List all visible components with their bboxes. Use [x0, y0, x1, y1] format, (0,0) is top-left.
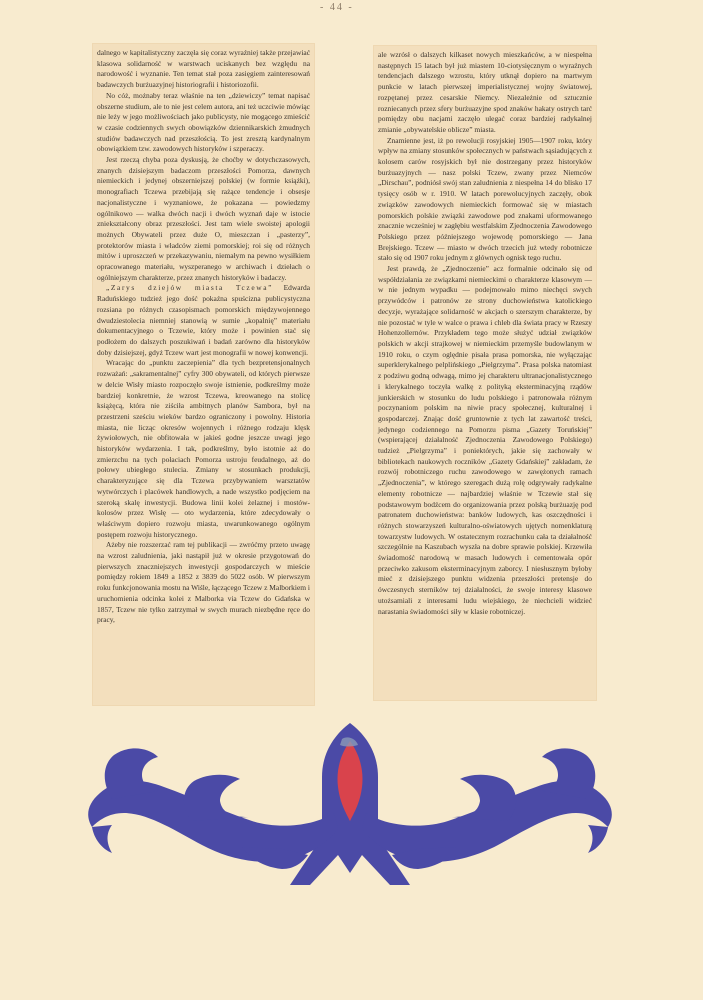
paragraph: „Zarys dziejów miasta Tczewa” Edwarda Ra… [97, 283, 310, 358]
article-column-left: dalnego w kapitalistyczny zaczęła się co… [97, 48, 310, 701]
paragraph: dalnego w kapitalistyczny zaczęła się co… [97, 48, 310, 91]
paragraph: No cóż, możnaby teraz właśnie na ten „dz… [97, 91, 310, 155]
paragraph: Jest rzeczą chyba poza dyskusją, że choć… [97, 155, 310, 283]
paragraph: Wracając do „punktu zaczepienia” dla tyc… [97, 358, 310, 540]
newspaper-clipping-right: ale wzrósł o dalszych kilkaset nowych mi… [374, 46, 596, 700]
paragraph-text: Edwarda Raduńskiego tudzież jego dość po… [97, 283, 310, 356]
paragraph: ale wzrósł o dalszych kilkaset nowych mi… [378, 50, 592, 136]
newspaper-clipping-left: dalnego w kapitalistyczny zaczęła się co… [93, 44, 314, 705]
article-column-right: ale wzrósł o dalszych kilkaset nowych mi… [378, 50, 592, 696]
folk-ornament-icon [72, 717, 628, 897]
paragraph: Ażeby nie rozszerzać ram tej publikacji … [97, 540, 310, 626]
paragraph: Znamienne jest, iż po rewolucji rosyjski… [378, 136, 592, 264]
paragraph: Jest prawdą, że „Zjednoczenie” acz forma… [378, 264, 592, 617]
book-title-quote: „Zarys dziejów miasta Tczewa” [106, 283, 273, 292]
page-number-mark: - 44 - [320, 2, 354, 13]
